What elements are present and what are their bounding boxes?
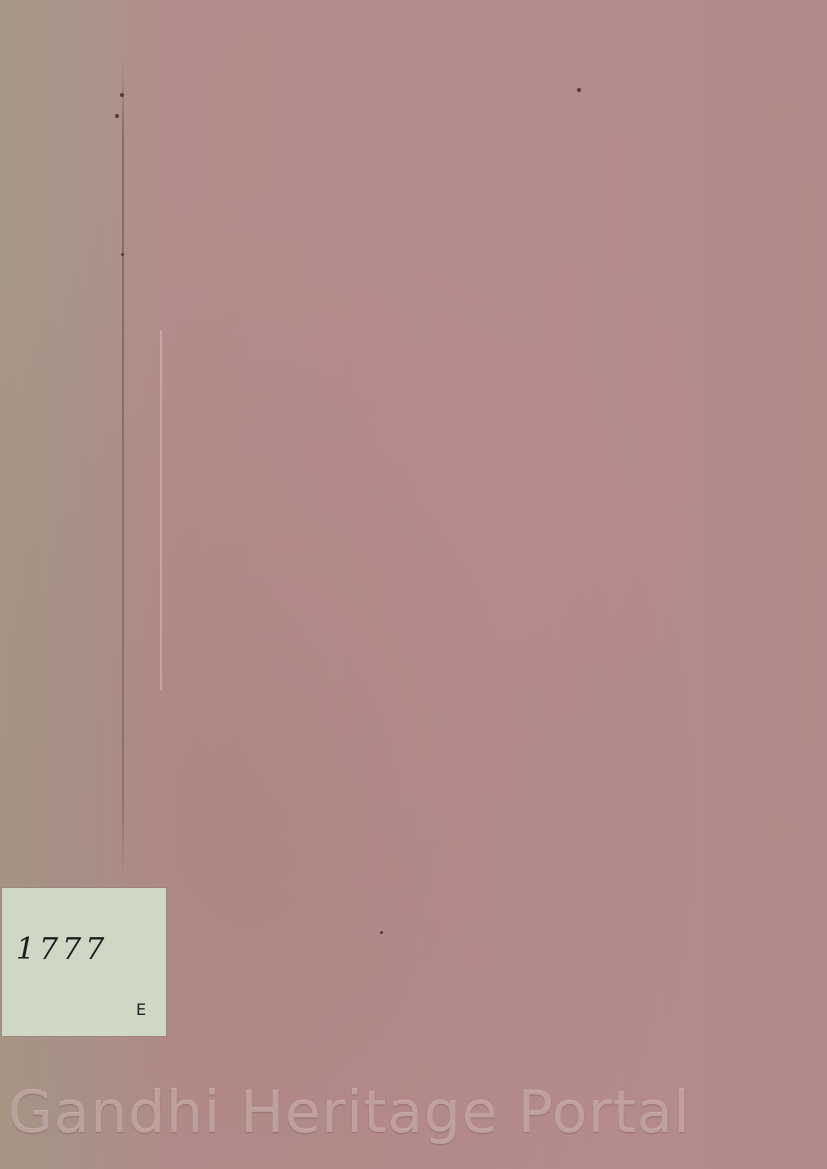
paper-speck	[120, 93, 124, 97]
label-accession-number: 1777	[16, 932, 108, 967]
watermark: Gandhi Heritage Portal	[8, 1078, 819, 1146]
paper-speck	[380, 931, 383, 934]
label-letter: E	[136, 1000, 146, 1019]
paper-speck	[115, 114, 119, 118]
paper-speck	[577, 88, 581, 92]
spine-fold-line	[122, 60, 124, 880]
paper-speck	[121, 253, 124, 256]
library-label: 1777 E	[2, 888, 166, 1036]
spine-crease	[160, 330, 162, 690]
book-cover: 1777 E Gandhi Heritage Portal	[0, 0, 827, 1169]
